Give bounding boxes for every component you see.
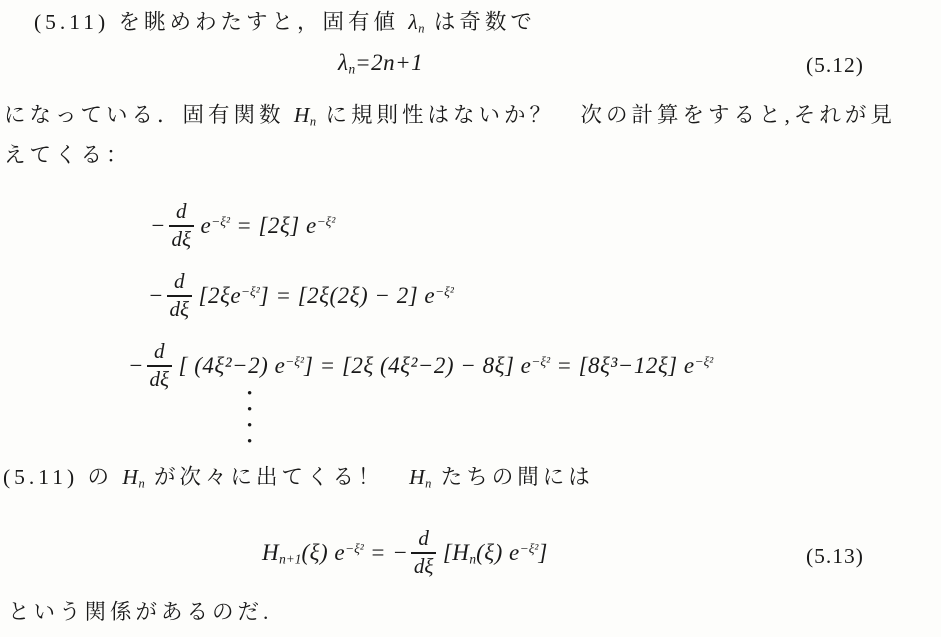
paragraph-eigenvalue-intro: (5.11) を眺めわたすと，固有値 λn は奇数で xyxy=(34,7,536,44)
equation-number-5-13: (5.13) xyxy=(806,541,864,572)
textbook-page: (5.11) を眺めわたすと，固有値 λn は奇数で λn=2n+1 (5.12… xyxy=(0,0,941,637)
derivative-equation-3: −ddξ[ (4ξ²−2) e−ξ²] = [2ξ (4ξ²−2) − 8ξ] … xyxy=(128,333,713,395)
equation-lambda-2n-plus-1: λn=2n+1 xyxy=(338,47,423,85)
equation-number-5-12: (5.12) xyxy=(806,50,864,81)
paragraph-closing: という関係があるのだ. xyxy=(8,597,272,628)
fraction-d-dxi: ddξ xyxy=(167,270,192,321)
vertical-ellipsis: •••• xyxy=(247,386,252,450)
paragraph-eigenfunction-question-line1: になっている．固有関数 Hn に規則性はないか？ 次の計算をすると,それが見 xyxy=(4,100,896,137)
paragraph-eigenfunction-question-line2: えてくる： xyxy=(4,140,132,171)
paragraph-hermite-recurrence-intro: (5.11) の Hn が次々に出てくる！ Hn たちの間には xyxy=(3,462,594,499)
equation-recurrence-relation: Hn+1(ξ) e−ξ² = −ddξ[Hn(ξ) e−ξ²] xyxy=(262,520,548,589)
fraction-d-dxi: ddξ xyxy=(169,200,194,251)
fraction-d-dxi: ddξ xyxy=(147,340,172,391)
fraction-d-dxi: ddξ xyxy=(411,527,436,578)
derivative-equation-1: −ddξe−ξ² = [2ξ] e−ξ² xyxy=(150,193,335,255)
derivative-equation-2: −ddξ[2ξe−ξ²] = [2ξ(2ξ) − 2] e−ξ² xyxy=(148,263,454,325)
